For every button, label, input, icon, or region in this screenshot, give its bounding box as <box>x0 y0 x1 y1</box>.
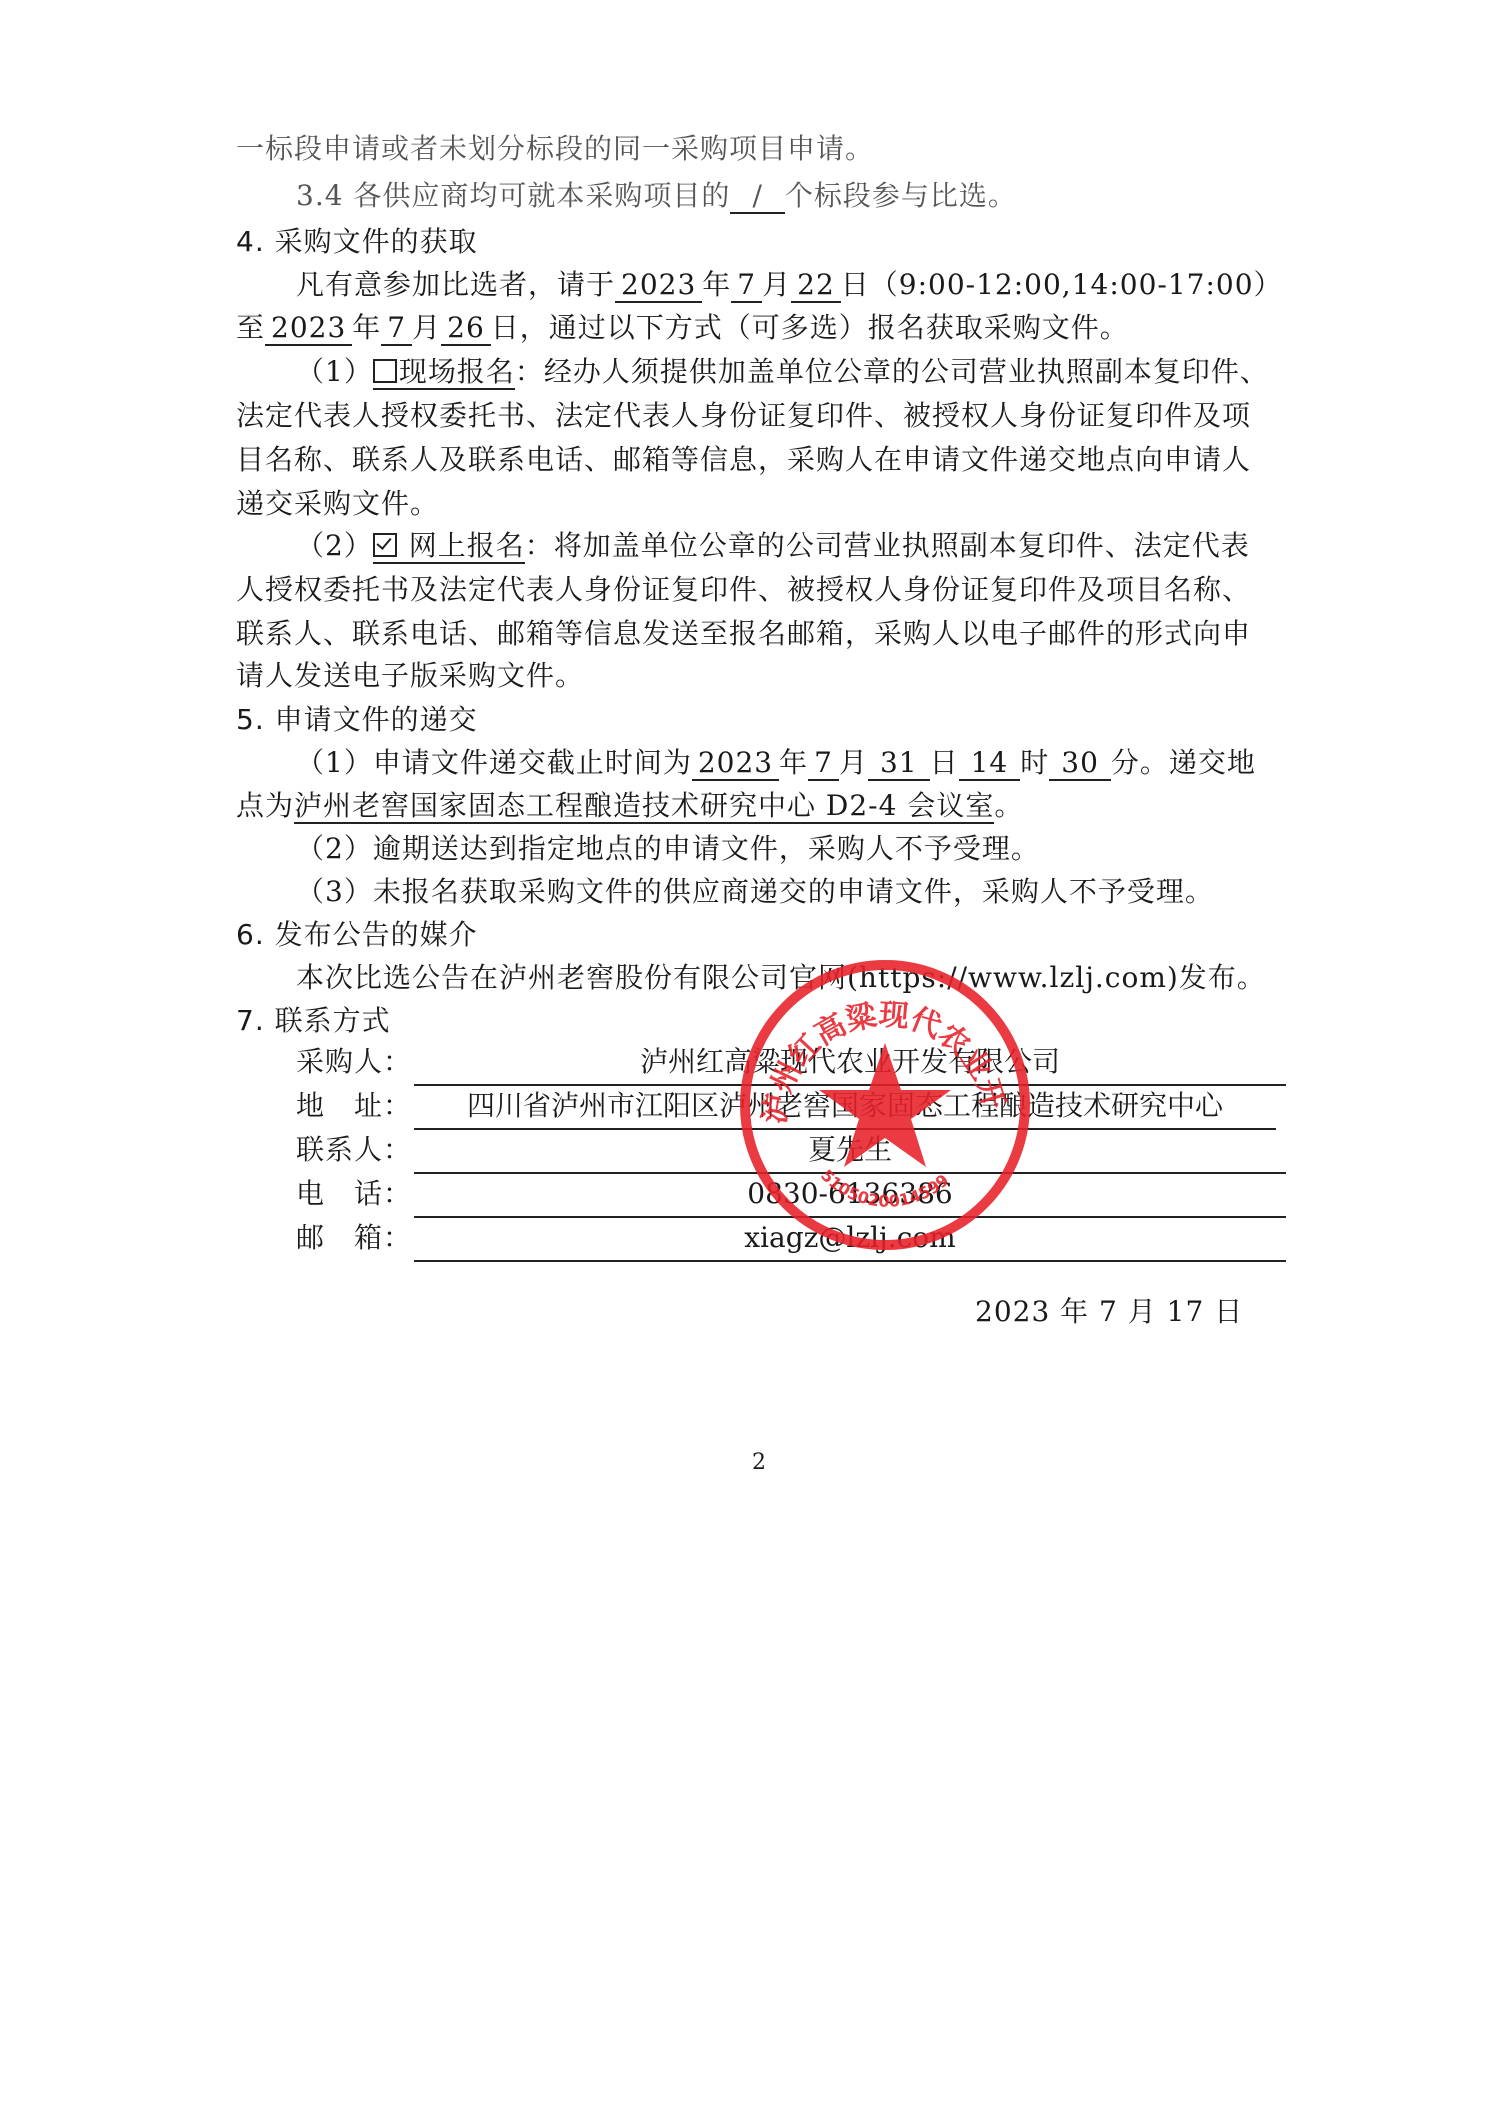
publication-media: 本次比选公告在泸州老窖股份有限公司官网(https://www.lzlj.com… <box>296 958 1266 998</box>
late-submission-rule: （2）逾期送达到指定地点的申请文件，采购人不予受理。 <box>296 829 1040 869</box>
option-online-line3: 联系人、联系电话、邮箱等信息发送至报名邮箱，采购人以电子邮件的形式向申 <box>236 614 1251 654</box>
online-label: 网上报名 <box>409 529 525 562</box>
section-4-heading: 4. 采购文件的获取 <box>236 222 478 262</box>
option-onsite-line3: 目名称、联系人及联系电话、邮箱等信息，采购人在申请文件递交地点向申请人 <box>236 440 1251 480</box>
document-date: 2023 年 7 月 17 日 <box>975 1290 1243 1330</box>
submission-location: 点为泸州老窖国家固态工程酿造技术研究中心 D2-4 会议室。 <box>236 786 1023 826</box>
contact-purchaser: 采购人： 泸州红高粱现代农业开发有限公司 <box>296 1040 1286 1084</box>
contact-address: 地 址： 四川省泸州市江阳区泸州老窖国家固态工程酿造技术研究中心 <box>296 1084 1286 1128</box>
contact-person: 联系人： 夏先生 <box>296 1128 1286 1172</box>
continued-paragraph: 一标段申请或者未划分标段的同一采购项目申请。 <box>236 129 874 169</box>
option-onsite-line4: 递交采购文件。 <box>236 484 439 524</box>
online-checkbox-checked[interactable] <box>373 533 397 557</box>
section-6-heading: 6. 发布公告的媒介 <box>236 915 478 955</box>
submission-deadline: （1）申请文件递交截止时间为2023年7月31日14时30分。递交地 <box>296 743 1256 783</box>
option-onsite-line1: （1）现场报名：经办人须提供加盖单位公章的公司营业执照副本复印件、 <box>296 352 1269 392</box>
document-page: 一标段申请或者未划分标段的同一采购项目申请。 3.4 各供应商均可就本采购项目的… <box>0 0 1500 2120</box>
section-5-heading: 5. 申请文件的递交 <box>236 700 478 740</box>
option-onsite-line2: 法定代表人授权委托书、法定代表人身份证复印件、被授权人身份证复印件及项 <box>236 396 1251 436</box>
unregistered-rule: （3）未报名获取采购文件的供应商递交的申请文件，采购人不予受理。 <box>296 872 1214 912</box>
item-3-4: 3.4 各供应商均可就本采购项目的/个标段参与比选。 <box>296 176 1017 216</box>
option-online-line1: （2） 网上报名：将加盖单位公章的公司营业执照副本复印件、法定代表 <box>296 526 1250 566</box>
onsite-checkbox[interactable] <box>373 359 397 383</box>
onsite-label: 现场报名 <box>399 355 515 388</box>
option-online-line4: 请人发送电子版采购文件。 <box>236 656 584 696</box>
section-4-para-line2: 至2023年7月26日，通过以下方式（可多选）报名获取采购文件。 <box>236 308 1129 348</box>
contact-email: 邮 箱： xiagz@lzlj.com <box>296 1216 1286 1260</box>
blank-field: / <box>730 180 784 214</box>
section-4-para-line1: 凡有意参加比选者，请于2023年7月22日（9:00-12:00,14:00-1… <box>296 265 1283 305</box>
option-online-line2: 人授权委托书及法定代表人身份证复印件、被授权人身份证复印件及项目名称、 <box>236 570 1251 610</box>
section-7-heading: 7. 联系方式 <box>236 1001 391 1041</box>
page-number: 2 <box>752 1450 766 1475</box>
contact-phone: 电 话： 0830-6136386 <box>296 1172 1286 1216</box>
